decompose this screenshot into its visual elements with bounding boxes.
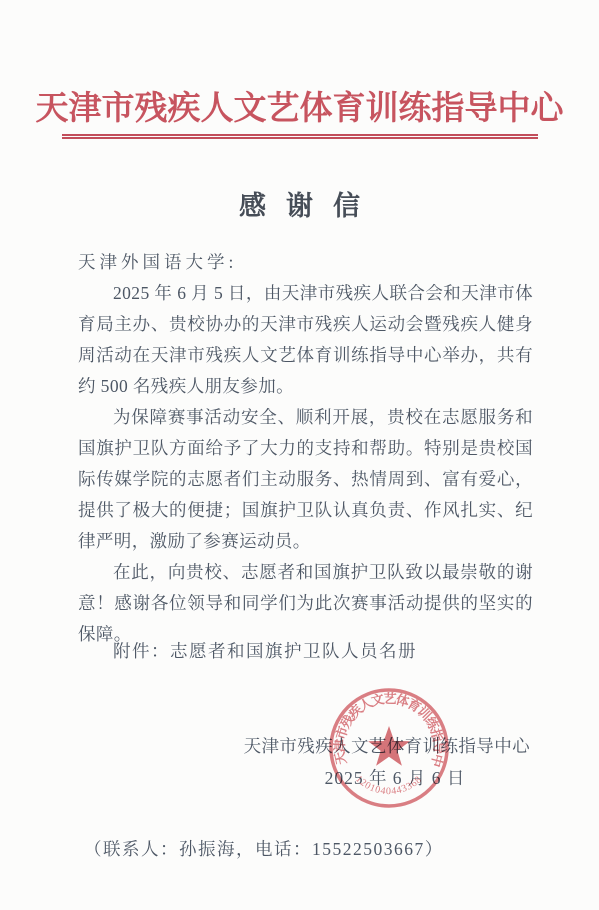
star-icon [368, 726, 410, 766]
official-seal-stamp: 天津市残疾人文艺体育训练指导中心 1201040443368 [327, 686, 451, 810]
paragraph-1: 2025 年 6 月 5 日，由天津市残疾人联合会和天津市体育局主办、贵校协办的… [78, 278, 533, 402]
attachment-note: 附件：志愿者和国旗护卫队人员名册 [78, 636, 533, 667]
stamp-serial-number: 1201040443368 [353, 774, 424, 797]
letterhead-divider [62, 134, 538, 139]
salutation: 天津外国语大学: [78, 247, 533, 278]
stamp-serial-wrap: 1201040443368 [353, 774, 424, 797]
letter-page: 天津市残疾人文艺体育训练指导中心 感谢信 天津外国语大学: 2025 年 6 月… [0, 0, 599, 910]
contact-info: （联系人：孙振海，电话：15522503667） [84, 834, 444, 865]
letterhead-org-title: 天津市残疾人文艺体育训练指导中心 [0, 82, 599, 129]
paragraph-2: 为保障赛事活动安全、顺利开展，贵校在志愿服务和国旗护卫队方面给予了大力的支持和帮… [78, 402, 533, 557]
letter-body: 天津外国语大学: 2025 年 6 月 5 日，由天津市残疾人联合会和天津市体育… [78, 247, 533, 650]
letter-title: 感谢信 [0, 184, 599, 223]
